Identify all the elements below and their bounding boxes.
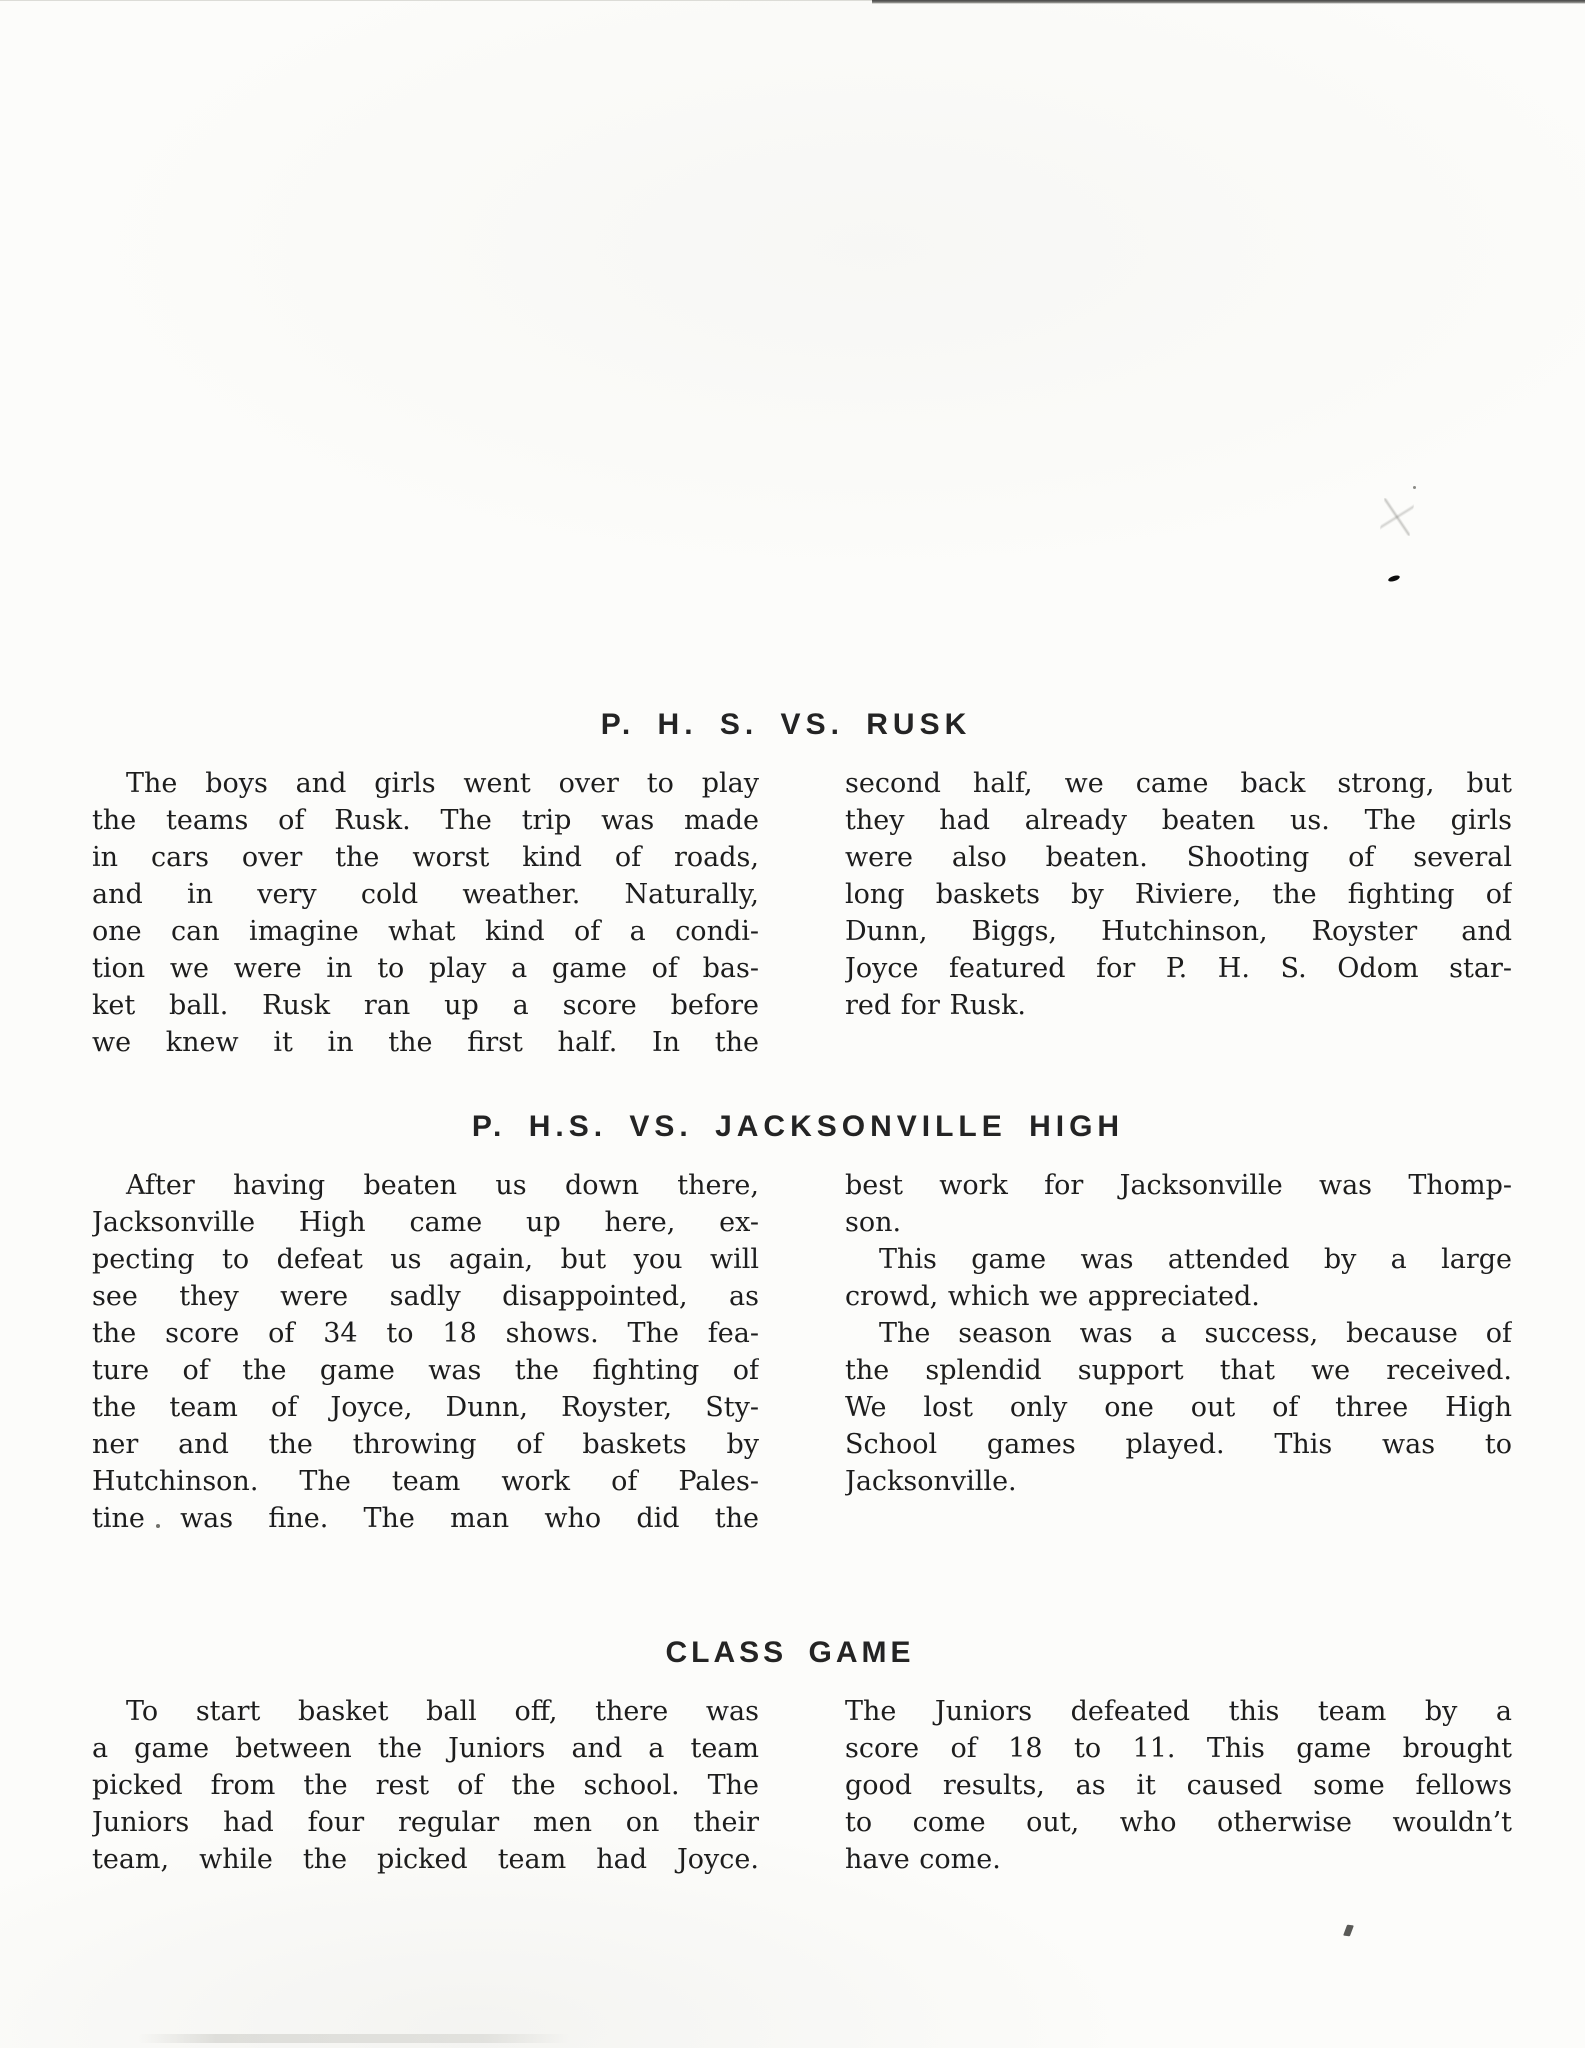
text-line: ket ball. Rusk ran up a score before [92, 987, 759, 1024]
scan-edge-mark [872, 0, 1585, 4]
text-line: and in very cold weather. Naturally, [92, 876, 759, 913]
text-line: crowd, which we appreciated. [845, 1278, 1512, 1315]
section-heading: P. H.S. VS. JACKSONVILLE HIGH [88, 1108, 1508, 1146]
scan-speck [1380, 498, 1414, 536]
two-column-text: After having beaten us down there, Jacks… [92, 1167, 1512, 1537]
text-line: To start basket ball off, there was [92, 1693, 759, 1730]
text-line: a game between the Juniors and a team [92, 1730, 759, 1767]
text-line: best work for Jacksonville was Thomp- [845, 1167, 1512, 1204]
text-line: The Juniors defeated this team by a [845, 1693, 1512, 1730]
text-line: good results, as it caused some fellows [845, 1767, 1512, 1804]
scanned-page: P. H. S. VS. RUSK The boys and girls wen… [0, 0, 1585, 2048]
text-line: The boys and girls went over to play [92, 765, 759, 802]
text-line: Joyce featured for P. H. S. Odom star- [845, 950, 1512, 987]
text-line: team, while the picked team had Joyce. [92, 1841, 759, 1878]
section-heading: CLASS GAME [80, 1634, 1500, 1672]
scan-speck [1388, 574, 1401, 582]
text-line: son. [845, 1204, 1512, 1241]
text-line: ture of the game was the fighting of [92, 1352, 759, 1389]
text-line: second half, we came back strong, but [845, 765, 1512, 802]
text-line: We lost only one out of three High [845, 1389, 1512, 1426]
text-line: were also beaten. Shooting of several [845, 839, 1512, 876]
text-line: we knew it in the first half. In the [92, 1024, 759, 1061]
text-column-right: second half, we came back strong, but th… [845, 765, 1512, 1061]
text-line: Juniors had four regular men on their [92, 1804, 759, 1841]
text-line: to come out, who otherwise wouldn’t [845, 1804, 1512, 1841]
text-line: the score of 34 to 18 shows. The fea- [92, 1315, 759, 1352]
text-line: Dunn, Biggs, Hutchinson, Royster and [845, 913, 1512, 950]
text-line: the team of Joyce, Dunn, Royster, Sty- [92, 1389, 759, 1426]
text-column-left: The boys and girls went over to play the… [92, 765, 759, 1061]
text-column-right: The Juniors defeated this team by a scor… [845, 1693, 1512, 1878]
text-line: the teams of Rusk. The trip was made [92, 802, 759, 839]
text-line: tion we were in to play a game of bas- [92, 950, 759, 987]
scan-smudge [138, 2034, 570, 2043]
text-line: long baskets by Riviere, the fighting of [845, 876, 1512, 913]
section-class-game: CLASS GAME To start basket ball off, the… [92, 1634, 1512, 1878]
text-line: The season was a success, because of [845, 1315, 1512, 1352]
text-line: picked from the rest of the school. The [92, 1767, 759, 1804]
text-line: in cars over the worst kind of roads, [92, 839, 759, 876]
text-column-right: best work for Jacksonville was Thomp- so… [845, 1167, 1512, 1537]
two-column-text: To start basket ball off, there was a ga… [92, 1693, 1512, 1878]
text-line: the splendid support that we received. [845, 1352, 1512, 1389]
scan-top-hairline [0, 0, 1585, 1]
text-line: pecting to defeat us again, but you will [92, 1241, 759, 1278]
text-line: School games played. This was to [845, 1426, 1512, 1463]
text-line: they had already beaten us. The girls [845, 802, 1512, 839]
scan-speck [1413, 486, 1416, 489]
text-line: After having beaten us down there, [92, 1167, 759, 1204]
text-line: ner and the throwing of baskets by [92, 1426, 759, 1463]
section-phs-vs-jacksonville: P. H.S. VS. JACKSONVILLE HIGH After havi… [92, 1108, 1512, 1537]
text-line: tine was fine. The man who did the [92, 1500, 759, 1537]
text-column-left: After having beaten us down there, Jacks… [92, 1167, 759, 1537]
text-line: see they were sadly disappointed, as [92, 1278, 759, 1315]
scan-speck [1343, 1925, 1354, 1937]
text-line: score of 18 to 11. This game brought [845, 1730, 1512, 1767]
text-line: have come. [845, 1841, 1512, 1878]
text-line: Hutchinson. The team work of Pales- [92, 1463, 759, 1500]
section-heading: P. H. S. VS. RUSK [76, 706, 1496, 744]
section-phs-vs-rusk: P. H. S. VS. RUSK The boys and girls wen… [92, 706, 1512, 1061]
text-column-left: To start basket ball off, there was a ga… [92, 1693, 759, 1878]
text-line: This game was attended by a large [845, 1241, 1512, 1278]
text-line: one can imagine what kind of a condi- [92, 913, 759, 950]
two-column-text: The boys and girls went over to play the… [92, 765, 1512, 1061]
text-line: Jacksonville High came up here, ex- [92, 1204, 759, 1241]
text-line: red for Rusk. [845, 987, 1512, 1024]
text-line: Jacksonville. [845, 1463, 1512, 1500]
